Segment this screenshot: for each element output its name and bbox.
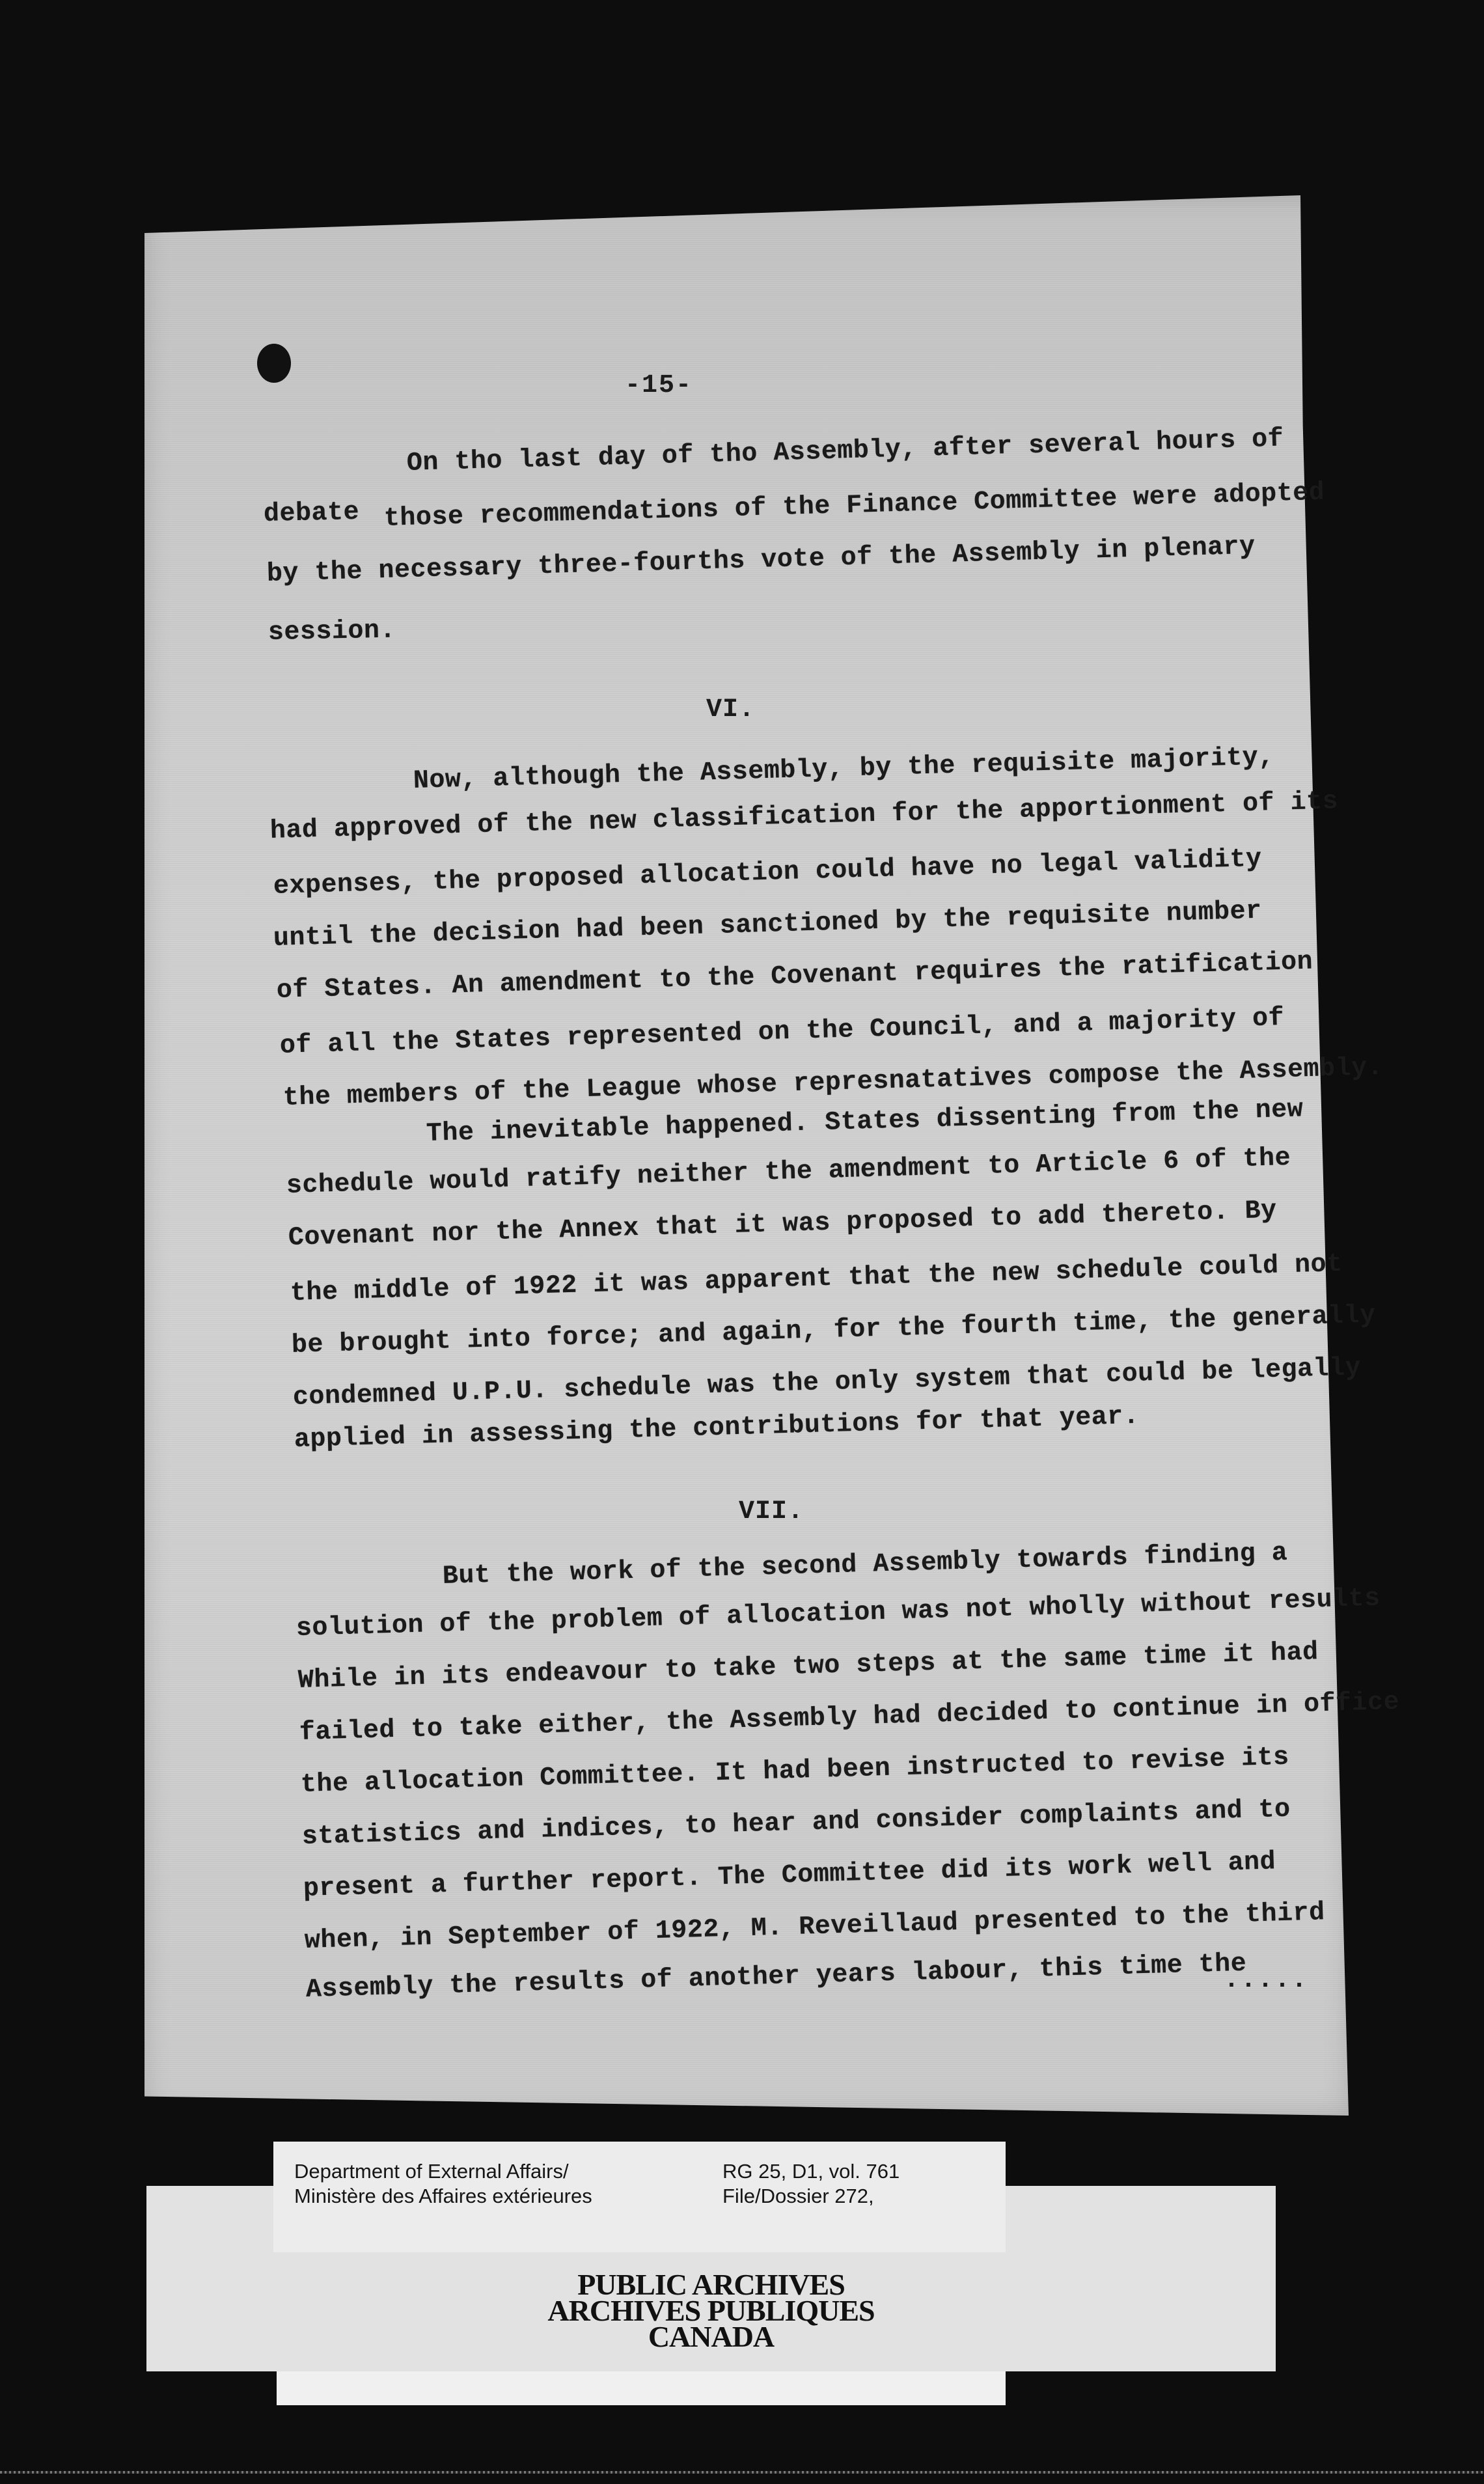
section-heading-vii: VII.	[739, 1497, 804, 1526]
margin-note: debate	[264, 498, 360, 529]
archive-label-strip	[277, 2371, 1006, 2405]
stamp-canada: CANADA	[146, 2323, 1276, 2351]
film-edge	[0, 2471, 1484, 2474]
department-fr: Ministère des Affaires extérieures	[294, 2185, 592, 2208]
continuation-mark: .....	[1224, 1966, 1308, 1995]
paragraph-line: session.	[268, 616, 396, 648]
section-heading-vi: VI.	[706, 695, 755, 724]
record-group-reference: RG 25, D1, vol. 761	[722, 2160, 900, 2183]
department-en: Department of External Affairs/	[294, 2160, 569, 2183]
file-dossier-reference: File/Dossier 272,	[722, 2185, 874, 2208]
page-number: -15-	[625, 371, 693, 400]
punch-hole	[257, 344, 291, 383]
